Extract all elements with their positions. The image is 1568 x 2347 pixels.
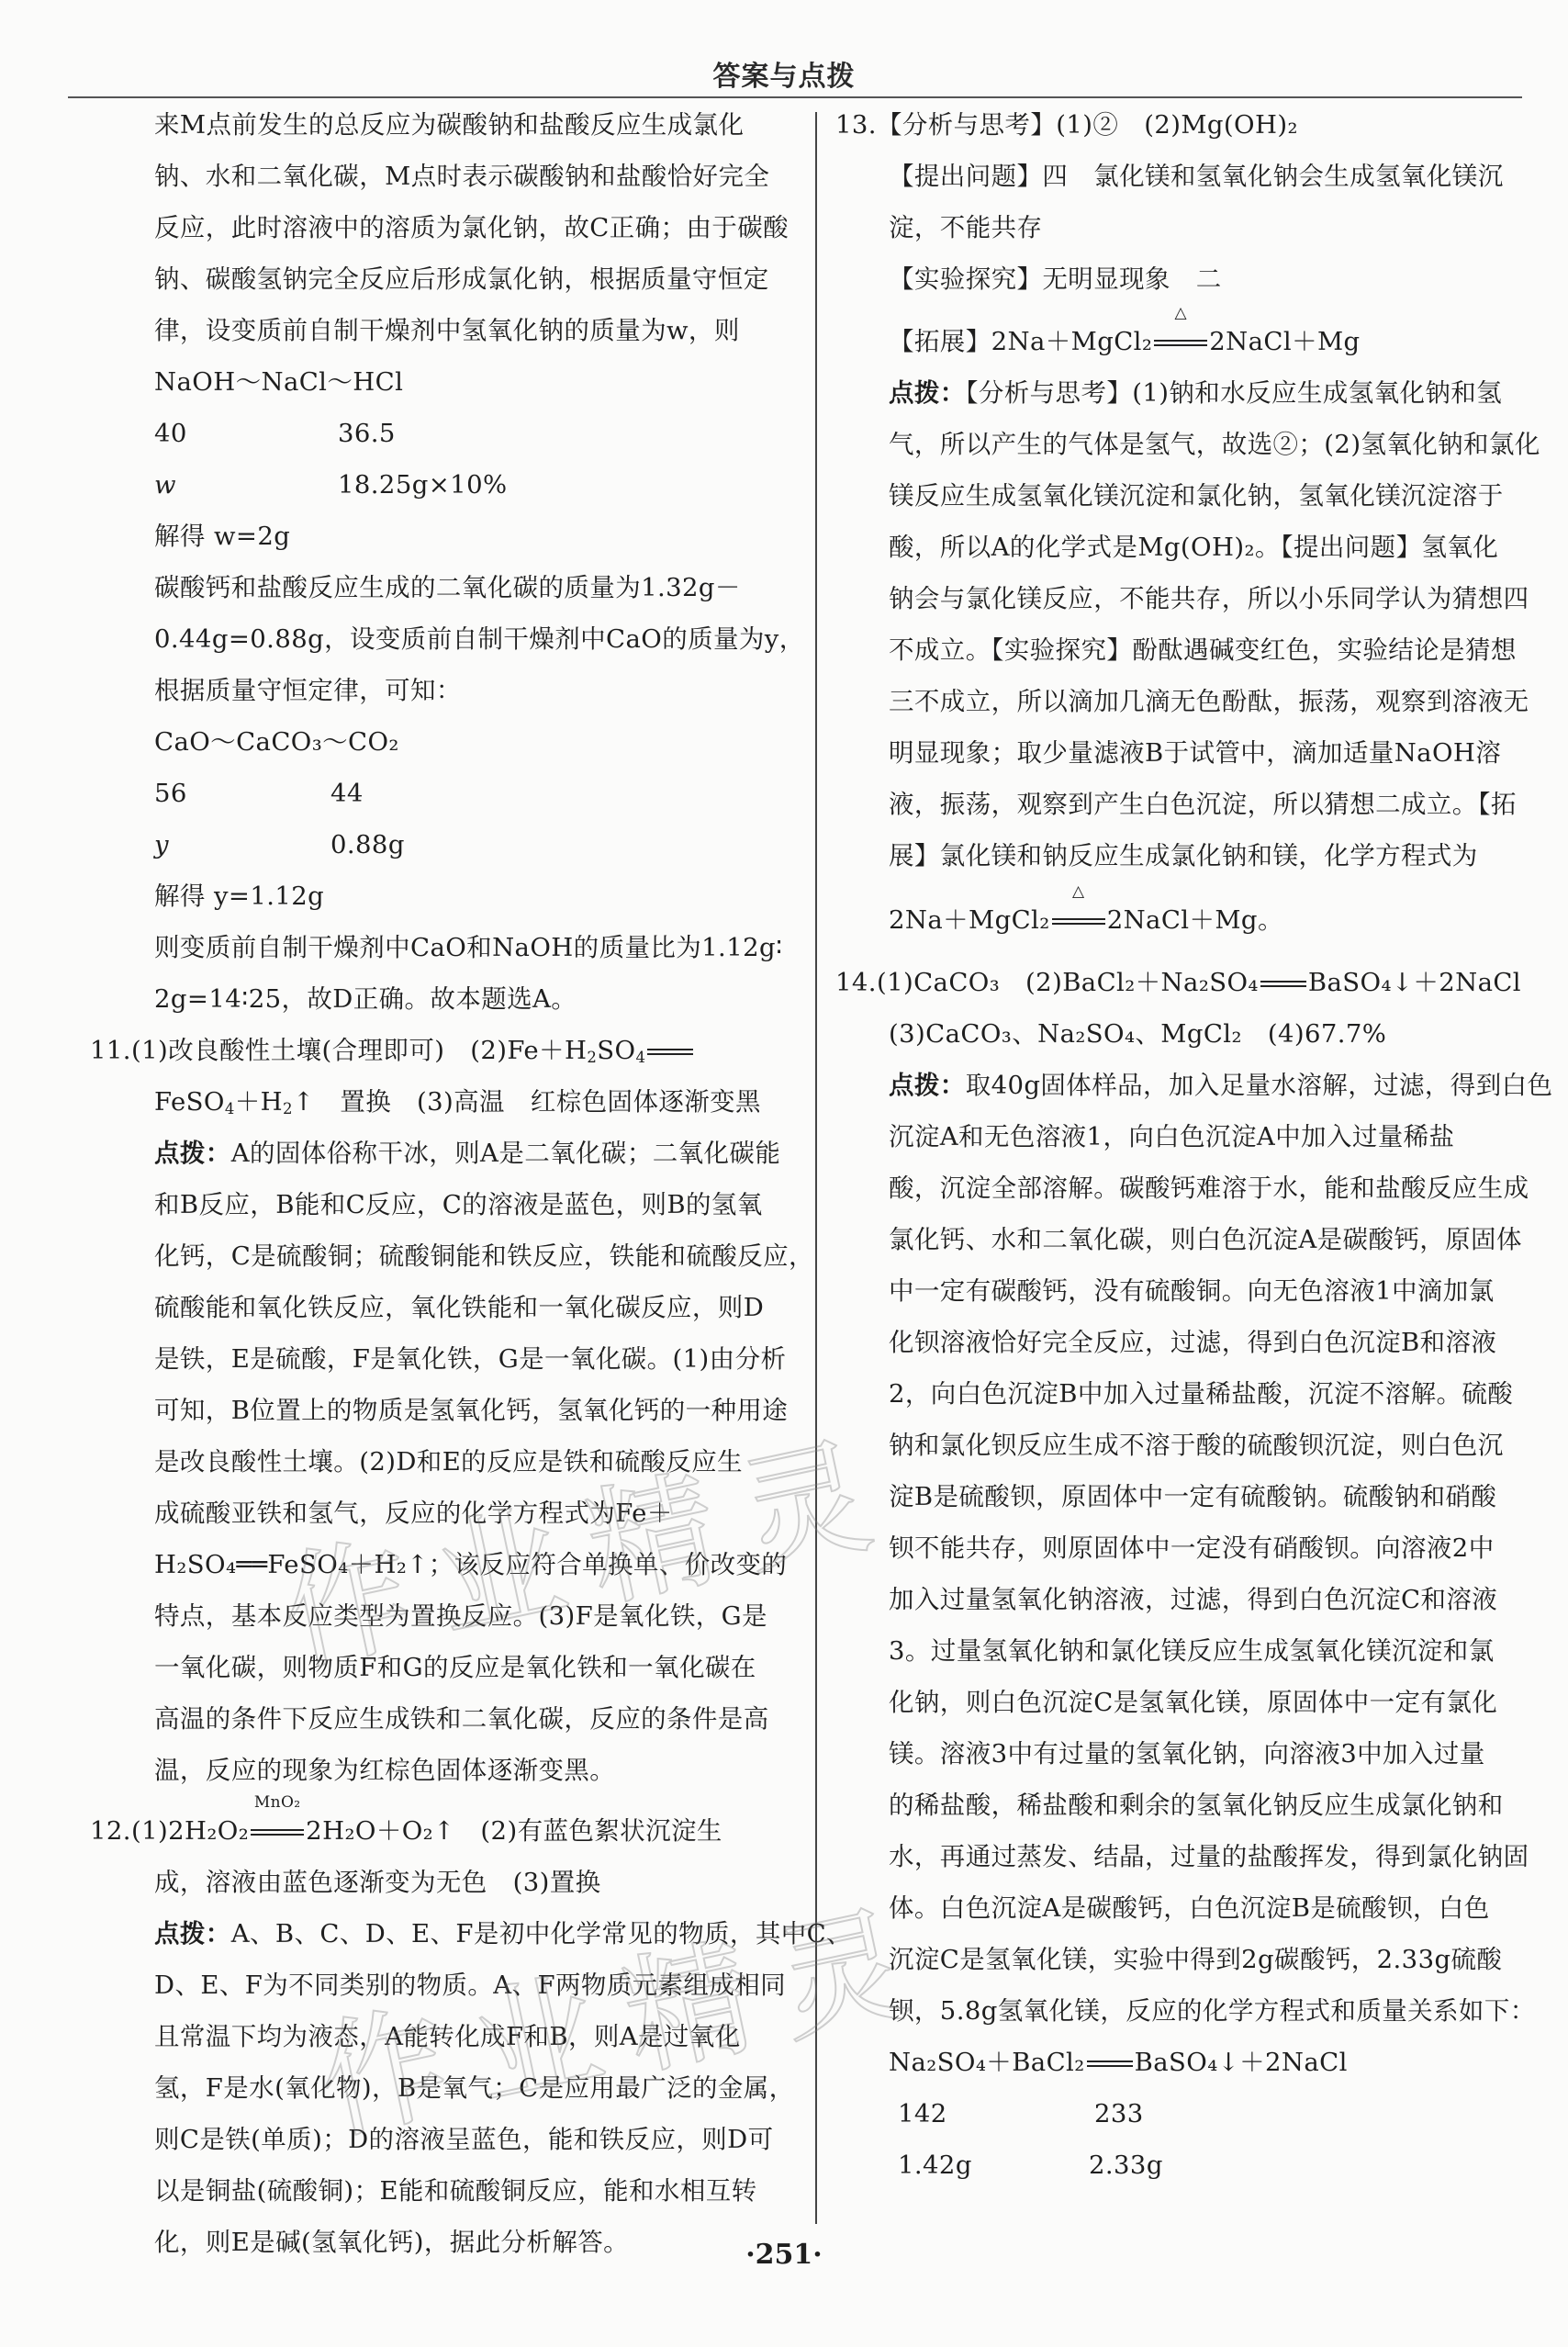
hint-line: 钡不能共存，则原固体中一定没有硝酸钡。向溶液2中: [889, 1532, 1495, 1568]
relation-formula: CaO～CaCO₃～CO₂: [154, 725, 399, 762]
hint-line: 且常温下均为液态，A能转化成F和B，则A是过氧化: [154, 2020, 741, 2057]
question-14: 14.(1)CaCO₃ (2)BaCl₂＋Na₂SO₄BaSO₄↓＋2NaCl: [835, 966, 1521, 1003]
hint-line: 钠会与氯化镁反应，不能共存，所以小乐同学认为猜想四: [889, 582, 1529, 619]
hint-line: H₂SO₄══FeSO₄＋H₂↑；该反应符合单换单、价改变的: [154, 1548, 787, 1585]
question-number: 14.: [835, 968, 877, 997]
question-13: 13.【分析与思考】(1)② (2)Mg(OH)₂: [835, 108, 1298, 145]
hint-line: 液，振荡，观察到产生白色沉淀，所以猜想二成立。【拓: [889, 788, 1517, 825]
watermark: 作业精灵: [300, 1857, 949, 2167]
answer-line: 淀，不能共存: [889, 211, 1042, 248]
hint-line: 氯化钙、水和二氧化碳，则白色沉淀A是碳酸钙，原固体: [889, 1223, 1522, 1260]
hint-line: 钡，5.8g氢氧化镁，反应的化学方程式和质量关系如下：: [889, 1994, 1536, 2031]
hint-line: 以是铜盐(硫酸铜)；E能和硫酸铜反应，能和水相互转: [154, 2174, 757, 2211]
solve-line: 解得 w=2g: [154, 520, 290, 556]
hint-equation: 2Na＋MgCl₂△2NaCl＋Mg。: [889, 904, 1283, 940]
text-line: 来M点前发生的总反应为碳酸钠和盐酸反应生成氯化: [154, 108, 744, 145]
hint-line: 中一定有碳酸钙，没有硫酸铜。向无色溶液1中滴加氯: [889, 1275, 1495, 1311]
hint-line: 温，反应的现象为红棕色固体逐渐变黑。: [154, 1754, 615, 1791]
text-line: 0.44g=0.88g，设变质前自制干燥剂中CaO的质量为y，: [154, 623, 805, 659]
hint-line: 点拨：取40g固体样品，加入足量水溶解，过滤，得到白色: [889, 1069, 1552, 1106]
text-line: 钠、水和二氧化碳，M点时表示碳酸钠和盐酸恰好完全: [154, 160, 769, 197]
hint-line: 水，再通过蒸发、结晶，过量的盐酸挥发，得到氯化钠固: [889, 1840, 1529, 1877]
text-line: 律，设变质前自制干燥剂中氢氧化钠的质量为w，则: [154, 314, 740, 351]
hint-line: 化钠，则白色沉淀C是氢氧化镁，原固体中一定有氯化: [889, 1686, 1497, 1723]
hint-line: 2，向白色沉淀B中加入过量稀盐酸，沉淀不溶解。硫酸: [889, 1377, 1513, 1414]
hint-line: 三不成立，所以滴加几滴无色酚酞，振荡，观察到溶液无: [889, 685, 1529, 722]
hint-line: 一氧化碳，则物质F和G的反应是氧化铁和一氧化碳在: [154, 1651, 756, 1688]
reaction-condition: △: [1152, 325, 1209, 358]
ratio-cell: 233: [1094, 2097, 1144, 2134]
hint-equation: Na₂SO₄＋BaCl₂BaSO₄↓＋2NaCl: [889, 2046, 1348, 2083]
text-line: 钠、碳酸氢钠完全反应后形成氯化钠，根据质量守恒定: [154, 263, 769, 299]
hint-line: 是铁，E是硫酸，F是氧化铁，G是一氧化碳。(1)由分析: [154, 1342, 786, 1379]
hint-line: 镁。溶液3中有过量的氢氧化钠，向溶液3中加入过量: [889, 1737, 1485, 1774]
hint-line: 特点，基本反应类型为置换反应。(3)F是氧化铁，G是: [154, 1600, 767, 1636]
equals-sign: [1260, 981, 1306, 987]
answer-line: (3)CaCO₃、Na₂SO₄、MgCl₂ (4)67.7%: [889, 1017, 1386, 1054]
header-rule: [68, 96, 1522, 98]
hint-line: 化钙，C是硫酸铜；硫酸铜能和铁反应，铁能和硫酸反应，: [154, 1240, 814, 1276]
hint-line: 可知，B位置上的物质是氢氧化钙，氢氧化钙的一种用途: [154, 1394, 788, 1431]
answer-line: 【提出问题】四 氯化镁和氢氧化钠会生成氢氧化镁沉: [889, 160, 1504, 197]
question-number: 11.: [90, 1036, 131, 1065]
hint-line: 氢，F是水(氧化物)，B是氧气；C是应用最广泛的金属，: [154, 2072, 795, 2108]
solve-line: 解得 y=1.12g: [154, 880, 324, 916]
hint-line: 明显现象；取少量滤液B于试管中，滴加适量NaOH溶: [889, 736, 1501, 773]
hint-line: 高温的条件下反应生成铁和二氧化碳，反应的条件是高: [154, 1702, 769, 1739]
ratio-cell: 40: [154, 417, 187, 454]
hint-line: 展】氯化镁和钠反应生成氯化钠和镁，化学方程式为: [889, 839, 1478, 876]
hint-line: 淀B是硫酸钡，原固体中一定有硫酸钠。硫酸钠和硝酸: [889, 1480, 1496, 1517]
page-number: ·251·: [0, 2239, 1568, 2271]
answer-line: 【实验探究】无明显现象 二: [889, 263, 1222, 299]
extension-equation: 【拓展】2Na＋MgCl₂△2NaCl＋Mg: [889, 325, 1361, 362]
hint-line: 不成立。【实验探究】酚酞遇碱变红色，实验结论是猜想: [889, 634, 1517, 670]
hint-label: 点拨：: [154, 1139, 231, 1168]
hint-line: 酸，沉淀全部溶解。碳酸钙难溶于水，能和盐酸反应生成: [889, 1172, 1529, 1208]
hint-line: 成硫酸亚铁和氢气，反应的化学方程式为Fe＋: [154, 1497, 673, 1533]
ratio-cell: 1.42g: [898, 2149, 972, 2185]
question-number: 12.: [90, 1816, 131, 1846]
question-number: 13.: [835, 110, 877, 140]
hint-line: 硫酸能和氧化铁反应，氧化铁能和一氧化碳反应，则D: [154, 1291, 764, 1328]
answer-line: 成，溶液由蓝色逐渐变为无色 (3)置换: [154, 1866, 601, 1903]
ratio-cell: 56: [154, 777, 187, 814]
equals-sign: [1087, 2061, 1133, 2067]
ratio-cell: 18.25g×10%: [338, 468, 508, 505]
text-line: 2g=14∶25，故D正确。故本题选A。: [154, 983, 577, 1019]
hint-label: 点拨：: [889, 1071, 966, 1100]
hint-line: 则C是铁(单质)；D的溶液呈蓝色，能和铁反应，则D可: [154, 2123, 774, 2160]
ratio-cell: 2.33g: [1089, 2149, 1163, 2185]
hint-line: 化钡溶液恰好完全反应，过滤，得到白色沉淀B和溶液: [889, 1326, 1496, 1363]
hint-line: 3。过量氢氧化钠和氯化镁反应生成氢氧化镁沉淀和氯: [889, 1634, 1495, 1671]
hint-line: 是改良酸性土壤。(2)D和E的反应是铁和硫酸反应生: [154, 1445, 743, 1482]
ratio-cell: 142: [898, 2097, 947, 2134]
reaction-condition: MnO₂: [249, 1814, 306, 1847]
ratio-cell: 36.5: [338, 417, 396, 454]
hint-line: 体。白色沉淀A是碳酸钙，白色沉淀B是硫酸钡，白色: [889, 1892, 1490, 1928]
ratio-cell: 44: [330, 777, 364, 814]
hint-line: 沉淀C是氢氧化镁，实验中得到2g碳酸钙，2.33g硫酸: [889, 1943, 1502, 1980]
relation-formula: NaOH～NaCl～HCl: [154, 365, 403, 402]
reaction-condition: △: [1050, 904, 1107, 937]
hint-line: 的稀盐酸，稀盐酸和剩余的氢氧化钠反应生成氯化钠和: [889, 1789, 1504, 1825]
ratio-cell: y: [154, 828, 169, 865]
hint-label: 点拨：: [889, 378, 966, 408]
text-line: 则变质前自制干燥剂中CaO和NaOH的质量比为1.12g∶: [154, 931, 783, 968]
hint-line: 钠和氯化钡反应生成不溶于酸的硫酸钡沉淀，则白色沉: [889, 1429, 1504, 1465]
equals-sign: [647, 1049, 693, 1055]
hint-line: 沉淀A和无色溶液1，向白色沉淀A中加入过量稀盐: [889, 1120, 1454, 1157]
page-header-title: 答案与点拨: [0, 53, 1568, 94]
hint-line: D、E、F为不同类别的物质。A、F两物质元素组成相同: [154, 1969, 786, 2005]
hint-line: 镁反应生成氢氧化镁沉淀和氯化钠，氢氧化镁沉淀溶于: [889, 479, 1504, 516]
question-12: 12.(1)2H₂O₂MnO₂2H₂O＋O₂↑ (2)有蓝色絮状沉淀生: [90, 1814, 722, 1851]
text-line: 反应，此时溶液中的溶质为氯化钠，故C正确；由于碳酸: [154, 211, 789, 248]
answer-line: FeSO4＋H2↑ 置换 (3)高温 红棕色固体逐渐变黑: [154, 1085, 761, 1122]
text-line: 碳酸钙和盐酸反应生成的二氧化碳的质量为1.32g－: [154, 571, 741, 608]
hint-line: 点拨：A、B、C、D、E、F是初中化学常见的物质，其中C、: [154, 1917, 852, 1954]
hint-line: 气，所以产生的气体是氢气，故选②；(2)氢氧化钠和氯化: [889, 428, 1540, 465]
hint-line: 点拨：【分析与思考】(1)钠和水反应生成氢氧化钠和氢: [889, 376, 1502, 413]
hint-label: 点拨：: [154, 1919, 231, 1948]
ratio-cell: 0.88g: [330, 828, 405, 865]
hint-line: 酸，所以A的化学式是Mg(OH)₂。【提出问题】氢氧化: [889, 531, 1498, 567]
question-11: 11.(1)改良酸性土壤(合理即可) (2)Fe＋H2SO4: [90, 1034, 695, 1071]
hint-line: 和B反应，B能和C反应，C的溶液是蓝色，则B的氢氧: [154, 1188, 763, 1225]
text-line: 根据质量守恒定律，可知：: [154, 674, 462, 711]
hint-line: 点拨：A的固体俗称干冰，则A是二氧化碳；二氧化碳能: [154, 1137, 780, 1173]
ratio-cell: w: [154, 468, 176, 505]
column-divider: [815, 112, 817, 2224]
hint-line: 加入过量氢氧化钠溶液，过滤，得到白色沉淀C和溶液: [889, 1583, 1497, 1620]
